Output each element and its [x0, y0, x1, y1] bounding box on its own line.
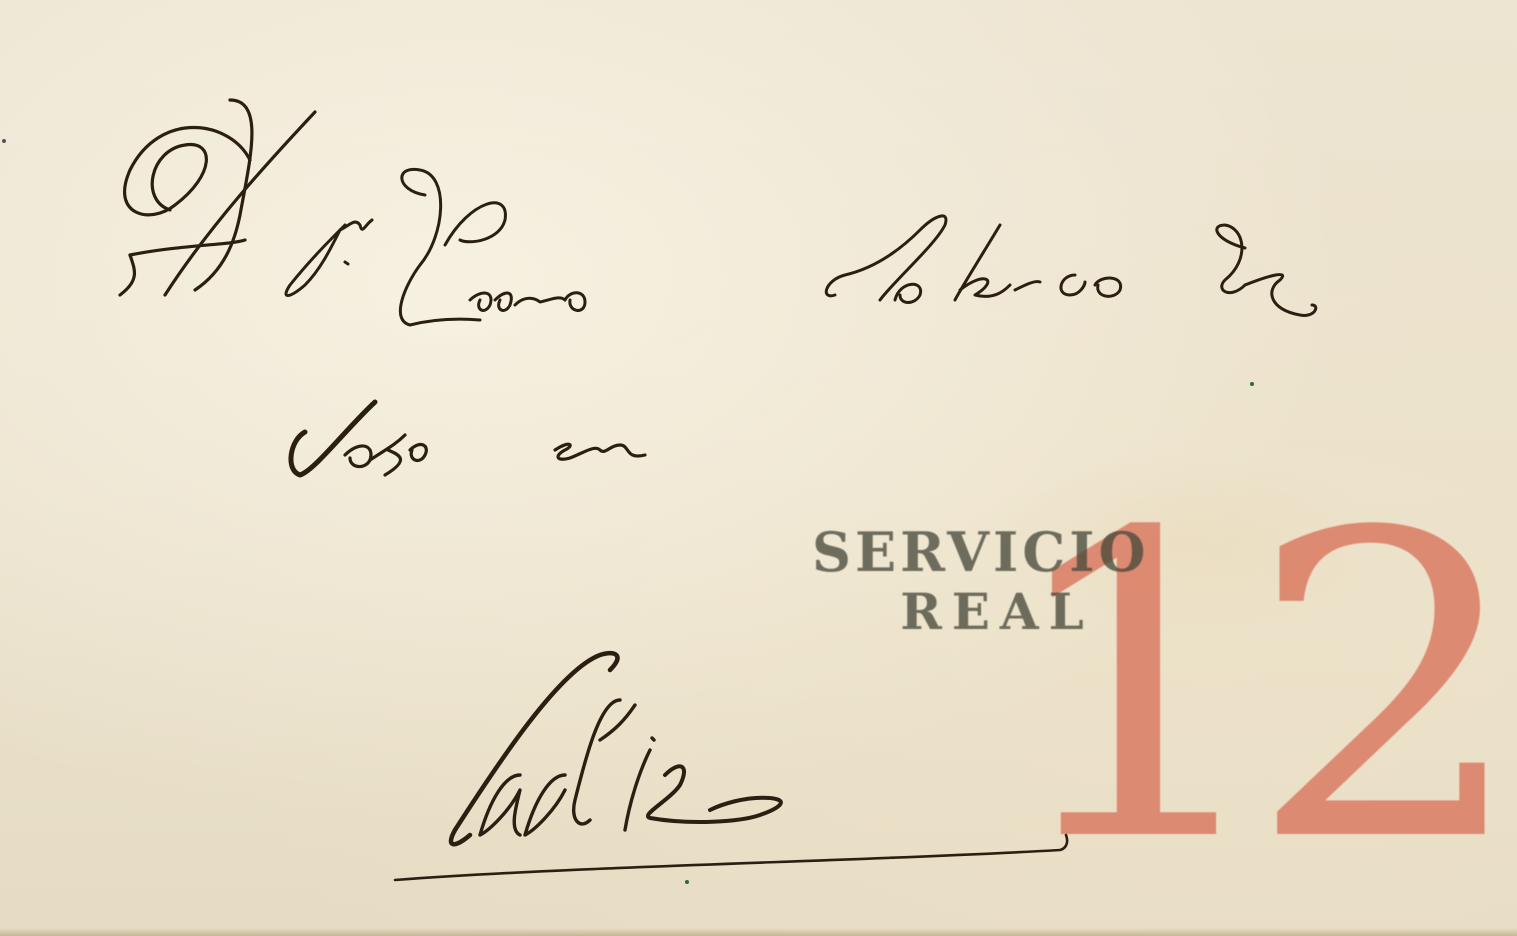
word-en	[555, 444, 645, 459]
word-sr	[286, 220, 372, 296]
handwritten-address	[0, 0, 1517, 936]
word-pedro	[400, 169, 585, 325]
paper-speck	[2, 139, 6, 143]
word-cadiz	[451, 653, 781, 844]
word-nolarco	[826, 216, 1120, 303]
letter-A-flourish	[120, 100, 315, 295]
word-de	[1217, 225, 1316, 315]
address-underline	[395, 835, 1067, 880]
letter-cover: A Sr. Dn. Pedro Nolarco de Soto en Cadiz…	[0, 0, 1517, 936]
paper-speck	[685, 880, 689, 884]
word-soto	[291, 402, 426, 475]
paper-speck	[1250, 382, 1254, 386]
